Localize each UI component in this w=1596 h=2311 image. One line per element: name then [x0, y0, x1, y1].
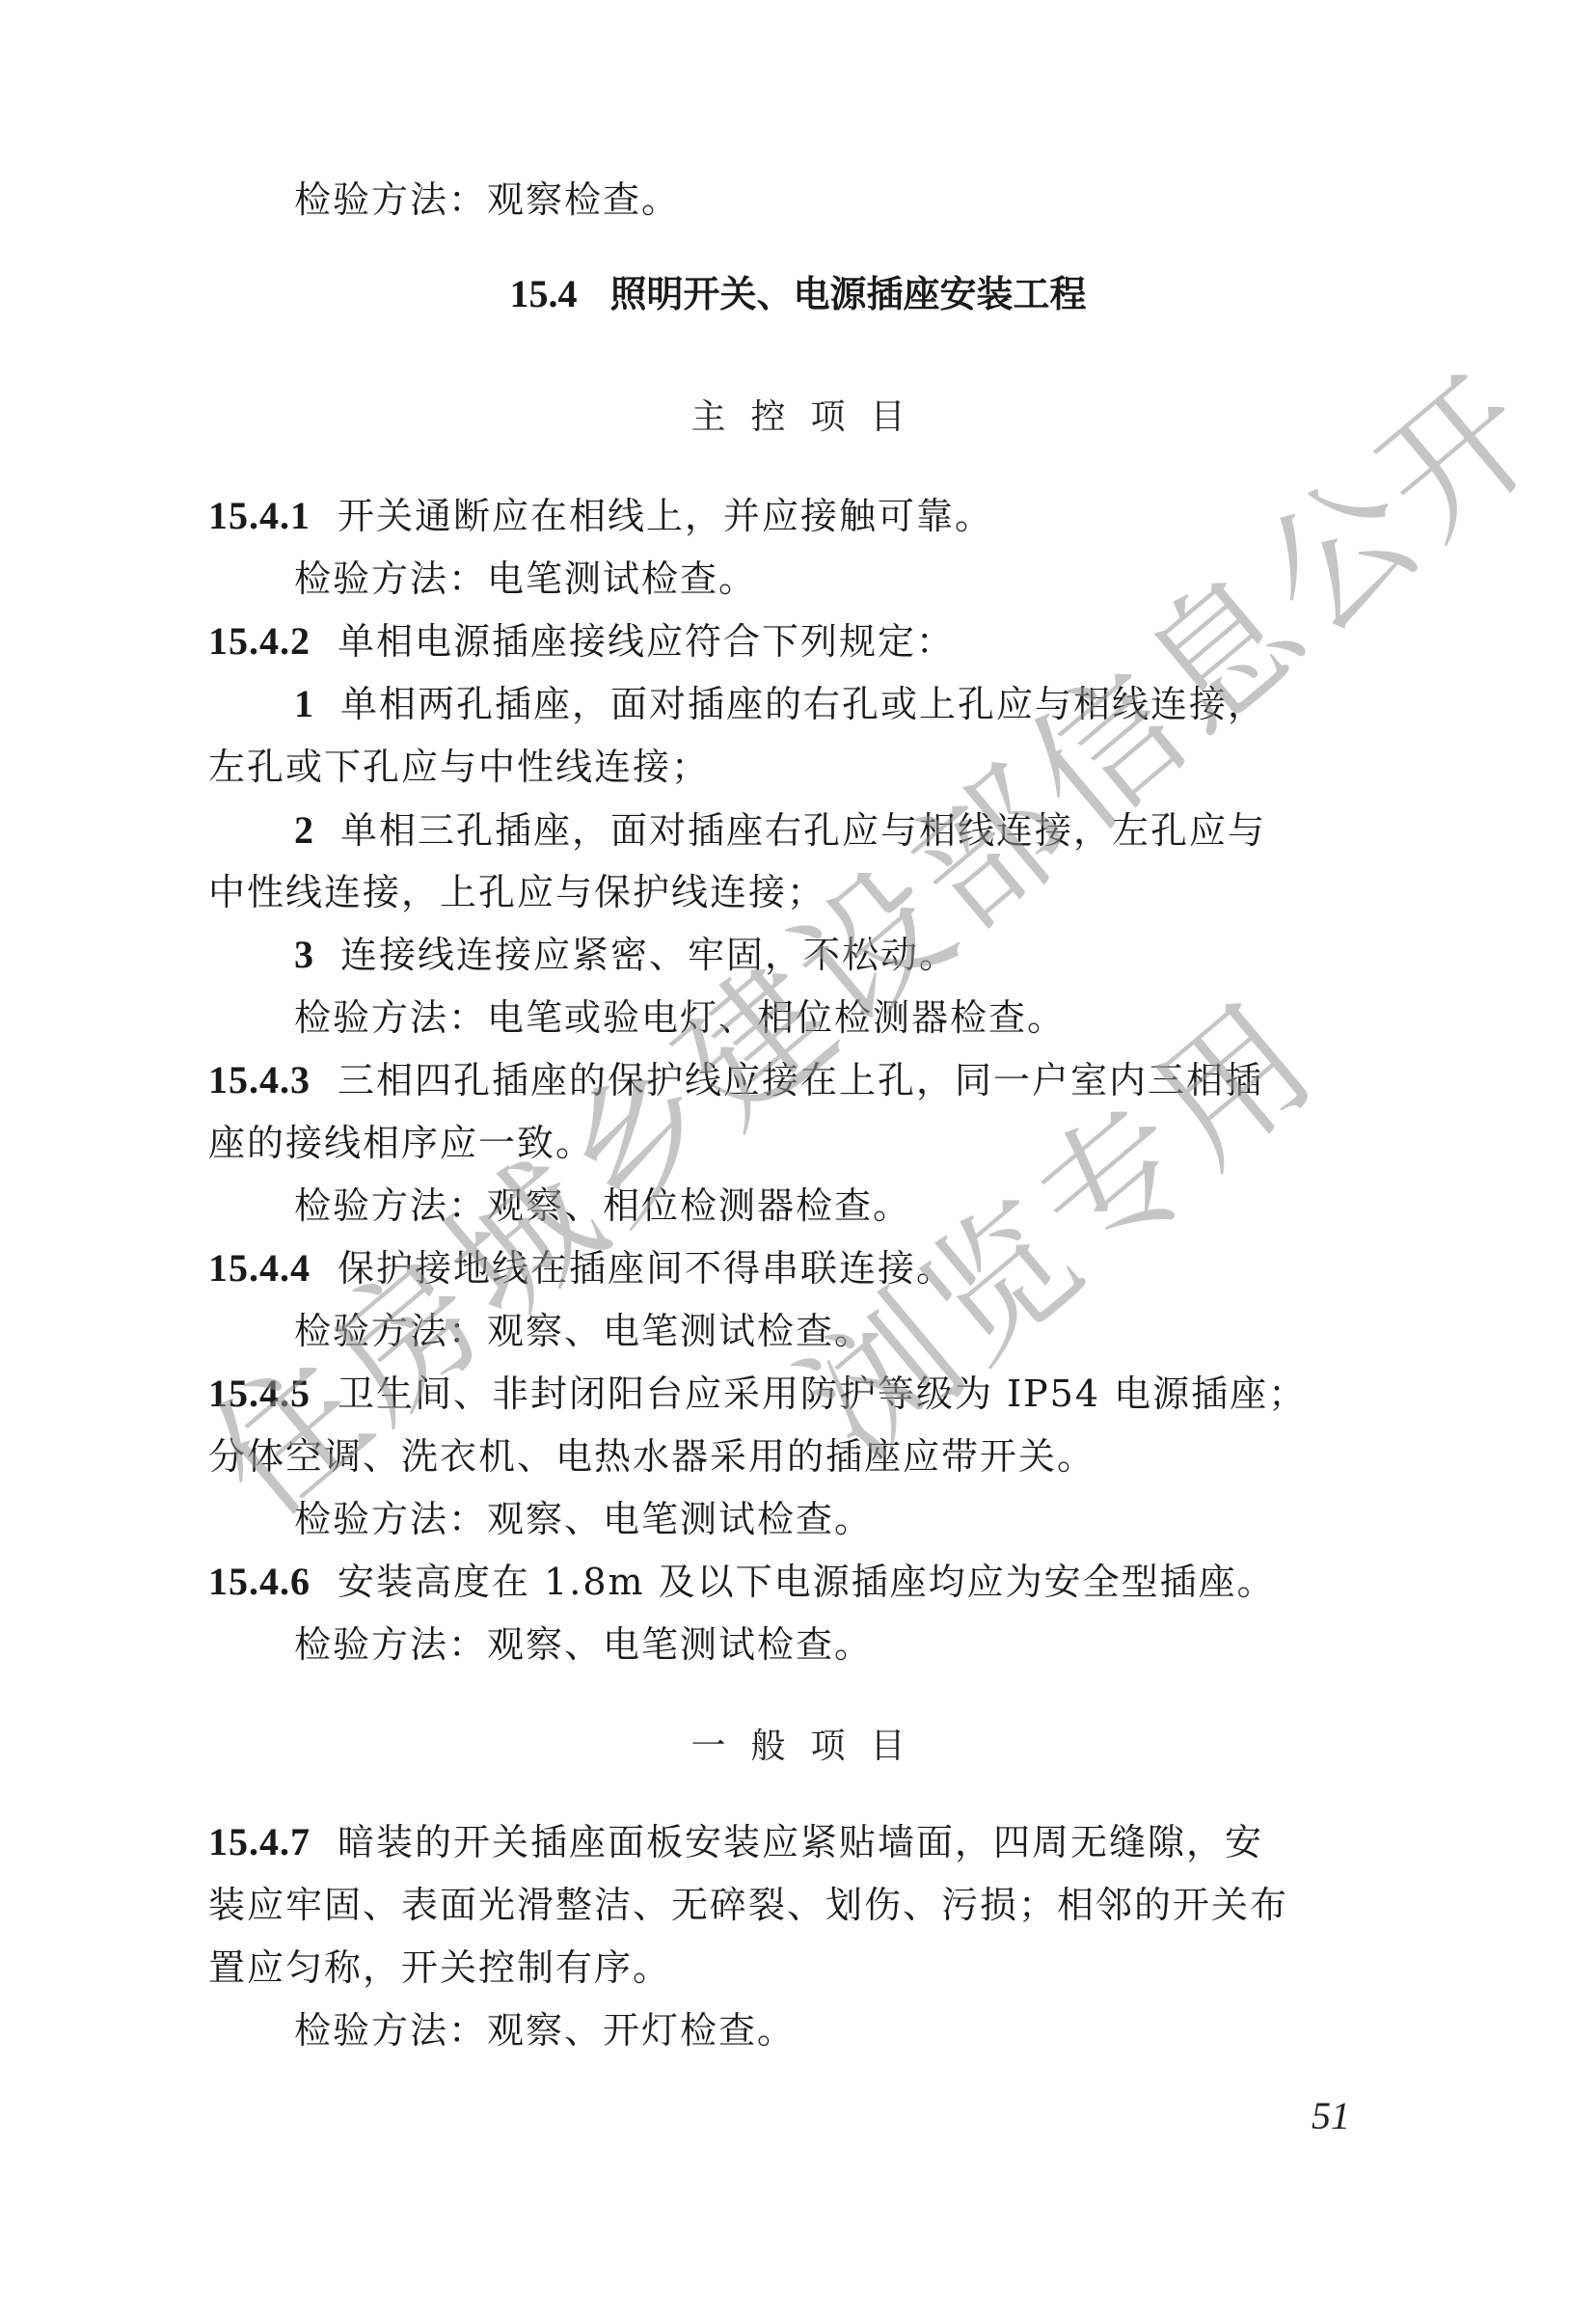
- clause-15-4-5-cont: 分体空调、洗衣机、电热水器采用的插座应带开关。: [208, 1432, 1394, 1481]
- clause-15-4-2-item-1: 1单相两孔插座，面对插座的右孔或上孔应与相线连接，: [294, 680, 1480, 728]
- clause-15-4-7: 15.4.7暗装的开关插座面板安装应紧贴墙面，四周无缝隙，安: [208, 1818, 1394, 1866]
- clause-15-4-2-method: 检验方法：电笔或验电灯、相位检测器检查。: [294, 993, 1480, 1042]
- clause-number: 15.4.6: [208, 1558, 311, 1606]
- clause-15-4-7-cont-2: 置应匀称，开关控制有序。: [208, 1944, 1394, 1992]
- clause-15-4-3: 15.4.3三相四孔插座的保护线应接在上孔，同一户室内三相插: [208, 1056, 1394, 1104]
- document-page: 检验方法：观察检查。 15.4照明开关、电源插座安装工程 主控项目 15.4.1…: [0, 0, 1596, 2311]
- clause-15-4-3-method: 检验方法：观察、相位检测器检查。: [294, 1182, 1480, 1230]
- clause-15-4-5-method: 检验方法：观察、电笔测试检查。: [294, 1495, 1480, 1543]
- inspection-method-top: 检验方法：观察检查。: [294, 176, 1480, 224]
- clause-15-4-2-item-2: 2单相三孔插座，面对插座右孔应与相线连接，左孔应与: [294, 806, 1480, 855]
- clause-text: 保护接地线在插座间不得串联连接。: [338, 1247, 955, 1290]
- item-text: 单相三孔插座，面对插座右孔应与相线连接，左孔应与: [340, 809, 1266, 852]
- clause-15-4-2-item-1-cont: 左孔或下孔应与中性线连接；: [208, 743, 1394, 791]
- clause-number: 15.4.4: [208, 1244, 311, 1292]
- clause-text: 卫生间、非封闭阳台应采用防护等级为 IP54 电源插座；: [338, 1373, 1307, 1415]
- clause-15-4-7-method: 检验方法：观察、开灯检查。: [294, 2006, 1480, 2054]
- clause-text: 暗装的开关插座面板安装应紧贴墙面，四周无缝隙，安: [338, 1821, 1263, 1863]
- clause-15-4-1-method: 检验方法：电笔测试检查。: [294, 555, 1480, 603]
- clause-15-4-7-cont-1: 装应牢固、表面光滑整洁、无碎裂、划伤、污损；相邻的开关布: [208, 1881, 1394, 1929]
- item-number: 3: [294, 931, 315, 979]
- clause-number: 15.4.2: [208, 617, 311, 666]
- clause-text: 三相四孔插座的保护线应接在上孔，同一户室内三相插: [338, 1059, 1263, 1101]
- section-title: 15.4照明开关、电源插座安装工程: [0, 270, 1596, 318]
- clause-15-4-2: 15.4.2单相电源插座接线应符合下列规定：: [208, 617, 1394, 666]
- section-title-text: 照明开关、电源插座安装工程: [609, 273, 1086, 315]
- general-heading: 一般项目: [0, 1723, 1596, 1771]
- clause-15-4-2-item-2-cont: 中性线连接，上孔应与保护线连接；: [208, 868, 1394, 916]
- clause-15-4-4: 15.4.4保护接地线在插座间不得串联连接。: [208, 1244, 1394, 1292]
- clause-text: 安装高度在 1.8m 及以下电源插座均应为安全型插座。: [338, 1561, 1276, 1603]
- clause-number: 15.4.3: [208, 1056, 311, 1104]
- clause-15-4-2-item-3: 3连接线连接应紧密、牢固，不松动。: [294, 931, 1480, 979]
- clause-15-4-6: 15.4.6安装高度在 1.8m 及以下电源插座均应为安全型插座。: [208, 1558, 1394, 1606]
- clause-15-4-4-method: 检验方法：观察、电笔测试检查。: [294, 1307, 1480, 1355]
- clause-text: 单相电源插座接线应符合下列规定：: [338, 620, 955, 663]
- clause-15-4-5: 15.4.5卫生间、非封闭阳台应采用防护等级为 IP54 电源插座；: [208, 1370, 1394, 1418]
- item-number: 1: [294, 680, 315, 728]
- item-text: 单相两孔插座，面对插座的右孔或上孔应与相线连接，: [340, 683, 1266, 725]
- clause-number: 15.4.7: [208, 1818, 311, 1866]
- item-number: 2: [294, 806, 315, 855]
- clause-15-4-1: 15.4.1开关通断应在相线上，并应接触可靠。: [208, 492, 1394, 540]
- main-control-heading: 主控项目: [0, 394, 1596, 442]
- clause-15-4-6-method: 检验方法：观察、电笔测试检查。: [294, 1620, 1480, 1669]
- item-text: 连接线连接应紧密、牢固，不松动。: [340, 934, 958, 976]
- clause-text: 开关通断应在相线上，并应接触可靠。: [338, 495, 993, 537]
- section-number: 15.4: [509, 272, 577, 315]
- clause-number: 15.4.5: [208, 1370, 311, 1418]
- page-number: 51: [1312, 2093, 1350, 2138]
- clause-15-4-3-cont: 座的接线相序应一致。: [208, 1119, 1394, 1167]
- clause-number: 15.4.1: [208, 492, 311, 540]
